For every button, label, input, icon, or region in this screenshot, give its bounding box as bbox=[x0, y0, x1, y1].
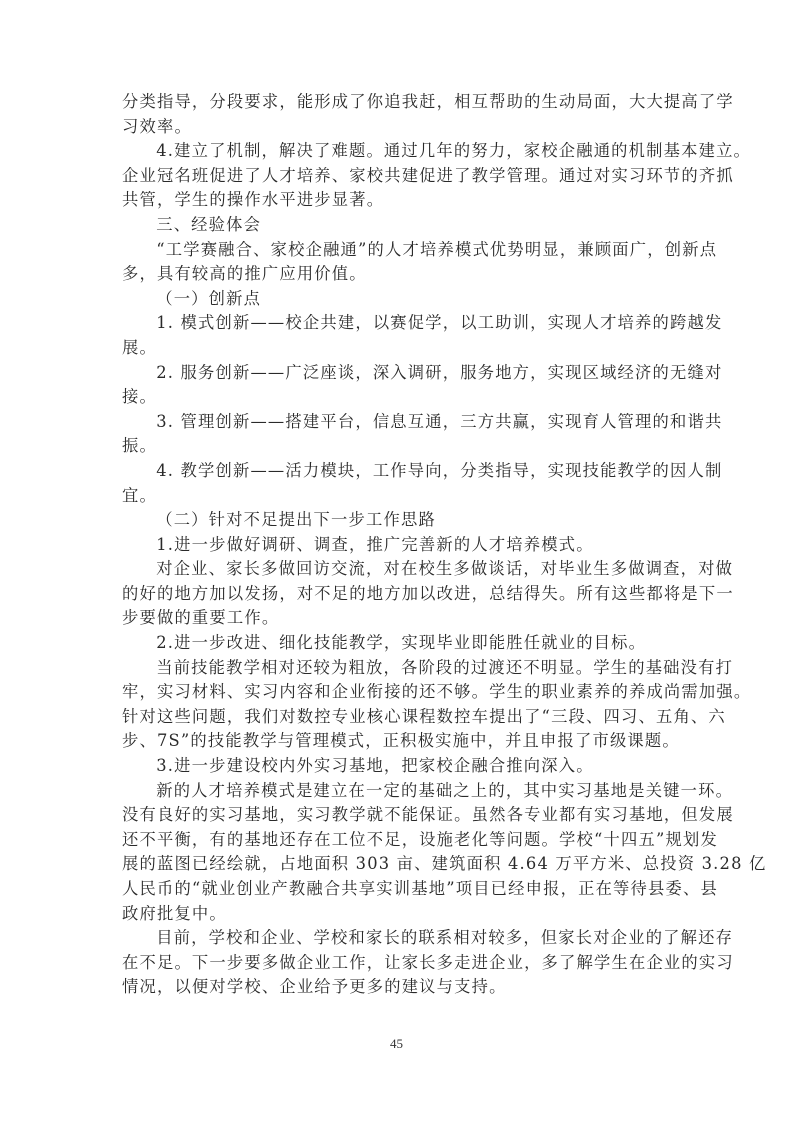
text-line: 针对这些问题，我们对数控专业核心课程数控车提出了“三段、四习、五角、六 bbox=[122, 705, 673, 730]
text-line: 还不平衡，有的基地还存在工位不足，设施老化等问题。学校“十四五”规划发 bbox=[122, 828, 673, 853]
text-line: 振。 bbox=[122, 434, 673, 459]
paragraph: 2.进一步改进、细化技能教学，实现毕业即能胜任就业的目标。 bbox=[122, 631, 673, 656]
document-body: 分类指导，分段要求，能形成了你追我赶，相互帮助的生动局面，大大提高了学习效率。4… bbox=[122, 90, 673, 1000]
text-line: 接。 bbox=[122, 385, 673, 410]
paragraph: 新的人才培养模式是建立在一定的基础之上的，其中实习基地是关键一环。没有良好的实习… bbox=[122, 779, 673, 927]
text-line: 企业冠名班促进了人才培养、家校共建促进了教学管理。通过对实习环节的齐抓 bbox=[122, 164, 673, 189]
text-line: 新的人才培养模式是建立在一定的基础之上的，其中实习基地是关键一环。 bbox=[122, 779, 673, 804]
paragraph: 4. 教学创新——活力模块，工作导向，分类指导，实现技能教学的因人制宜。 bbox=[122, 459, 673, 508]
text-line: 4. 教学创新——活力模块，工作导向，分类指导，实现技能教学的因人制 bbox=[122, 459, 673, 484]
text-line: 共管，学生的操作水平进步显著。 bbox=[122, 188, 673, 213]
text-line: 分类指导，分段要求，能形成了你追我赶，相互帮助的生动局面，大大提高了学 bbox=[122, 90, 673, 115]
paragraph: 分类指导，分段要求，能形成了你追我赶，相互帮助的生动局面，大大提高了学习效率。 bbox=[122, 90, 673, 139]
section-heading: （二）针对不足提出下一步工作思路 bbox=[122, 508, 673, 533]
section-heading: 三、经验体会 bbox=[122, 213, 673, 238]
text-line: 2. 服务创新——广泛座谈，深入调研，服务地方，实现区域经济的无缝对 bbox=[122, 361, 673, 386]
text-line: 对企业、家长多做回访交流，对在校生多做谈话，对毕业生多做调查，对做 bbox=[122, 557, 673, 582]
paragraph: 3.进一步建设校内外实习基地，把家校企融合推向深入。 bbox=[122, 754, 673, 779]
paragraph: 对企业、家长多做回访交流，对在校生多做谈话，对毕业生多做调查，对做的好的地方加以… bbox=[122, 557, 673, 631]
paragraph: 目前，学校和企业、学校和家长的联系相对较多，但家长对企业的了解还存在不足。下一步… bbox=[122, 926, 673, 1000]
paragraph: 4.建立了机制，解决了难题。通过几年的努力，家校企融通的机制基本建立。企业冠名班… bbox=[122, 139, 673, 213]
text-line: 展。 bbox=[122, 336, 673, 361]
text-line: 习效率。 bbox=[122, 115, 673, 140]
text-line: 没有良好的实习基地，实习教学就不能保证。虽然各专业都有实习基地，但发展 bbox=[122, 803, 673, 828]
paragraph: 当前技能教学相对还较为粗放，各阶段的过渡还不明显。学生的基础没有打牢，实习材料、… bbox=[122, 656, 673, 754]
text-line: 3.进一步建设校内外实习基地，把家校企融合推向深入。 bbox=[122, 754, 673, 779]
text-line: 宜。 bbox=[122, 484, 673, 509]
text-line: 1.进一步做好调研、调查，推广完善新的人才培养模式。 bbox=[122, 533, 673, 558]
text-line: 的好的地方加以发扬，对不足的地方加以改进，总结得失。所有这些都将是下一 bbox=[122, 582, 673, 607]
text-line: 展的蓝图已经绘就，占地面积 303 亩、建筑面积 4.64 万平方米、总投资 3… bbox=[122, 852, 673, 877]
text-line: 牢，实习材料、实习内容和企业衔接的还不够。学生的职业素养的养成尚需加强。 bbox=[122, 680, 673, 705]
text-line: 1. 模式创新——校企共建，以赛促学，以工助训，实现人才培养的跨越发 bbox=[122, 311, 673, 336]
text-line: 多，具有较高的推广应用价值。 bbox=[122, 262, 673, 287]
document-page: 分类指导，分段要求，能形成了你追我赶，相互帮助的生动局面，大大提高了学习效率。4… bbox=[0, 0, 793, 1122]
text-line: 目前，学校和企业、学校和家长的联系相对较多，但家长对企业的了解还存 bbox=[122, 926, 673, 951]
paragraph: 2. 服务创新——广泛座谈，深入调研，服务地方，实现区域经济的无缝对接。 bbox=[122, 361, 673, 410]
paragraph: 1.进一步做好调研、调查，推广完善新的人才培养模式。 bbox=[122, 533, 673, 558]
text-line: 在不足。下一步要多做企业工作，让家长多走进企业，多了解学生在企业的实习 bbox=[122, 951, 673, 976]
paragraph: 3. 管理创新——搭建平台，信息互通，三方共赢，实现育人管理的和谐共振。 bbox=[122, 410, 673, 459]
text-line: 4.建立了机制，解决了难题。通过几年的努力，家校企融通的机制基本建立。 bbox=[122, 139, 673, 164]
text-line: 人民币的“就业创业产教融合共享实训基地”项目已经申报，正在等待县委、县 bbox=[122, 877, 673, 902]
text-line: （一）创新点 bbox=[122, 287, 673, 312]
text-line: 3. 管理创新——搭建平台，信息互通，三方共赢，实现育人管理的和谐共 bbox=[122, 410, 673, 435]
text-line: 步要做的重要工作。 bbox=[122, 606, 673, 631]
paragraph: “工学赛融合、家校企融通”的人才培养模式优势明显，兼顾面广，创新点多，具有较高的… bbox=[122, 238, 673, 287]
text-line: 2.进一步改进、细化技能教学，实现毕业即能胜任就业的目标。 bbox=[122, 631, 673, 656]
text-line: 步、7S”的技能教学与管理模式，正积极实施中，并且申报了市级课题。 bbox=[122, 729, 673, 754]
text-line: （二）针对不足提出下一步工作思路 bbox=[122, 508, 673, 533]
paragraph: 1. 模式创新——校企共建，以赛促学，以工助训，实现人才培养的跨越发展。 bbox=[122, 311, 673, 360]
text-line: “工学赛融合、家校企融通”的人才培养模式优势明显，兼顾面广，创新点 bbox=[122, 238, 673, 263]
text-line: 政府批复中。 bbox=[122, 902, 673, 927]
page-number: 45 bbox=[0, 1036, 793, 1052]
section-heading: （一）创新点 bbox=[122, 287, 673, 312]
text-line: 情况，以便对学校、企业给予更多的建议与支持。 bbox=[122, 975, 673, 1000]
text-line: 当前技能教学相对还较为粗放，各阶段的过渡还不明显。学生的基础没有打 bbox=[122, 656, 673, 681]
text-line: 三、经验体会 bbox=[122, 213, 673, 238]
